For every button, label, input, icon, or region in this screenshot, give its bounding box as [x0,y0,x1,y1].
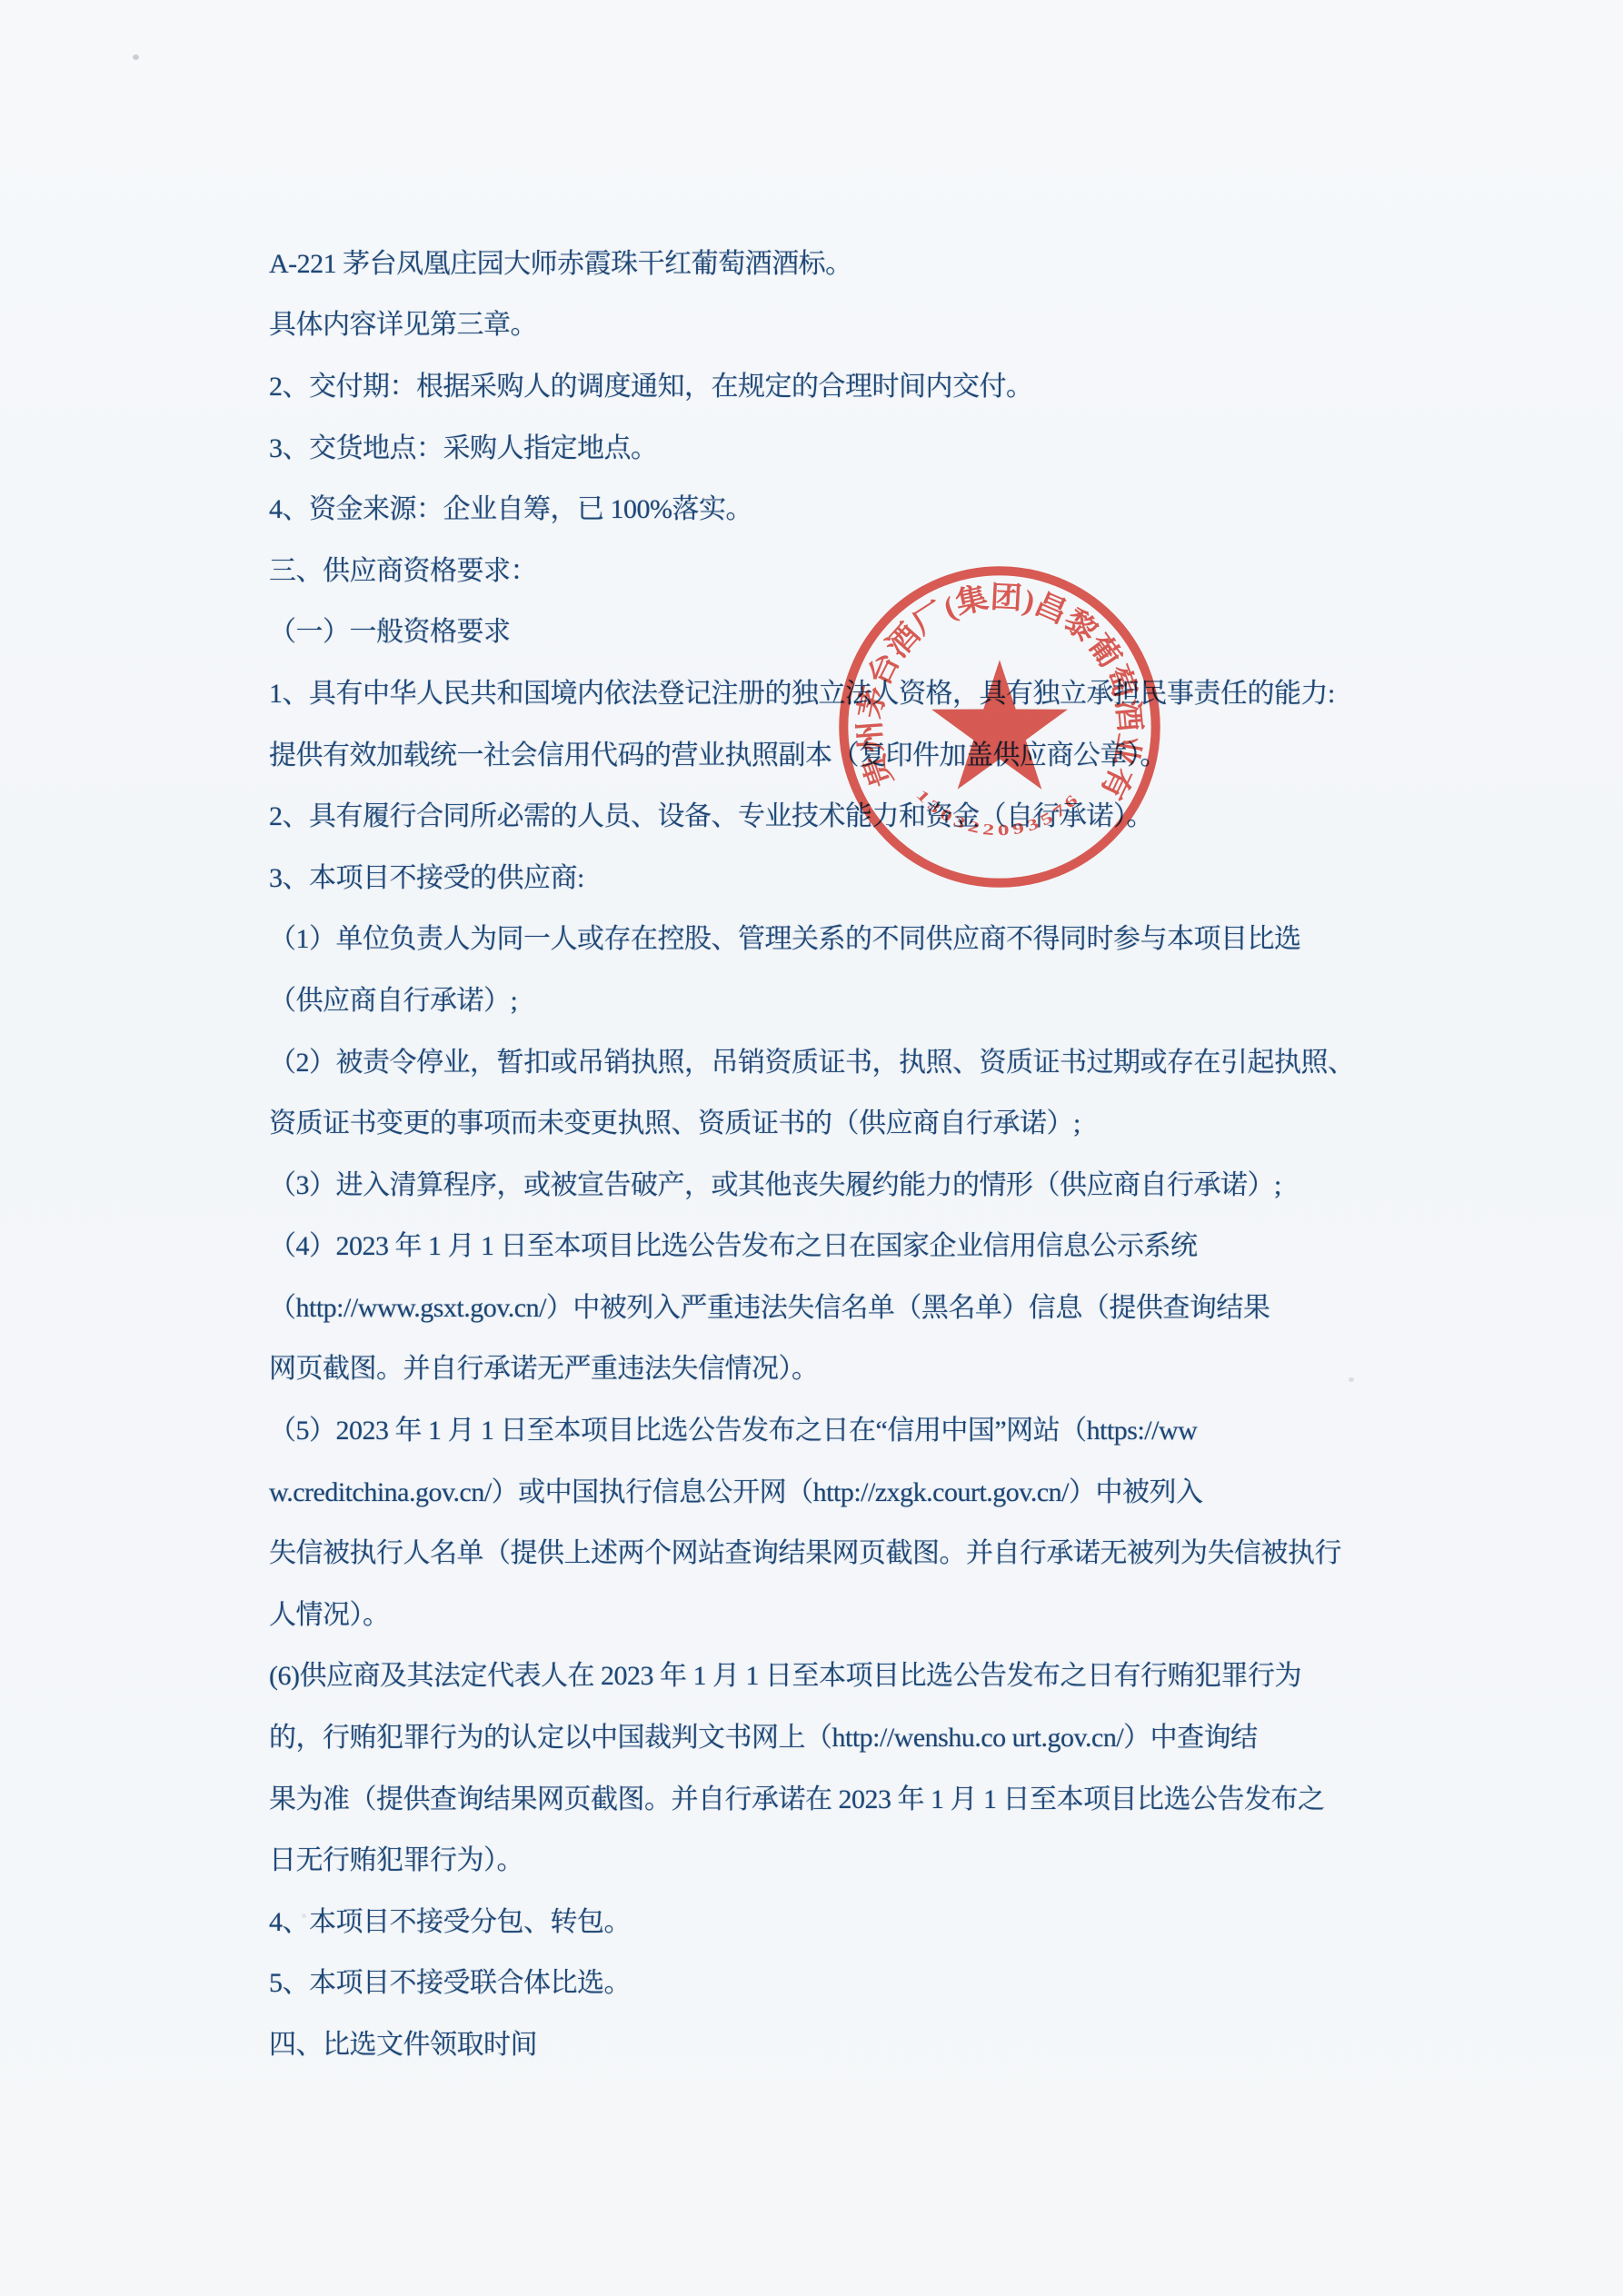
document-page: A-221 茅台凤凰庄园大师赤霞珠干红葡萄酒酒标。 具体内容详见第三章。 2、交… [0,0,1623,2296]
text-line: 3、交货地点：采购人指定地点。 [269,414,1523,476]
text-line: 人情况）。 [269,1581,1523,1643]
seal-star-icon [931,660,1068,790]
scan-speck [133,55,139,60]
text-line: （供应商自行承诺）; [269,967,1523,1029]
text-line: 果为准（提供查询结果网页截图。并自行承诺在 2023 年 1 月 1 日至本项目… [269,1765,1523,1827]
scan-speck [1349,1377,1354,1382]
text-line: 4、本项目不接受分包、转包。 [269,1888,1523,1950]
text-line: （5）2023 年 1 月 1 日至本项目比选公告发布之日在“信用中国”网站（h… [269,1396,1523,1458]
text-line: 4、资金来源：企业自筹，已 100%落实。 [269,475,1523,537]
text-line: （2）被责令停业，暂扣或吊销执照，吊销资质证书，执照、资质证书过期或存在引起执照… [269,1029,1523,1090]
text-line: w.creditchina.gov.cn/）或中国执行信息公开网（http://… [269,1458,1523,1520]
text-line: 2、交付期：根据采购人的调度通知，在规定的合理时间内交付。 [269,353,1523,414]
text-line: 5、本项目不接受联合体比选。 [269,1950,1523,2012]
text-line: （1）单位负责人为同一人或存在控股、管理关系的不同供应商不得同时参与本项目比选 [269,906,1523,968]
text-line: （4）2023 年 1 月 1 日至本项目比选公告发布之日在国家企业信用信息公示… [269,1213,1523,1275]
text-line: 日无行贿犯罪行为）。 [269,1826,1523,1888]
text-line: 失信被执行人名单（提供上述两个网站查询结果网页截图。并自行承诺无被列为失信被执行 [269,1519,1523,1581]
document-body: A-221 茅台凤凰庄园大师赤霞珠干红葡萄酒酒标。 具体内容详见第三章。 2、交… [269,230,1523,2072]
text-line: （3）进入清算程序，或被宣告破产，或其他丧失履约能力的情形（供应商自行承诺）; [269,1151,1523,1213]
seal-number: 130322093576 [913,786,1084,839]
text-line: A-221 茅台凤凰庄园大师赤霞珠干红葡萄酒酒标。 [269,230,1523,292]
text-line: 资质证书变更的事项而未变更执照、资质证书的（供应商自行承诺）; [269,1089,1523,1151]
text-line: 四、比选文件领取时间 [269,2011,1523,2072]
text-line: 具体内容详见第三章。 [269,292,1523,353]
scan-speck [302,1913,306,1918]
text-line: 网页截图。并自行承诺无严重违法失信情况）。 [269,1336,1523,1397]
text-line: (6)供应商及其法定代表人在 2023 年 1 月 1 日至本项目比选公告发布之… [269,1643,1523,1705]
company-seal: 贵州茅台酒厂(集团)昌黎葡萄酒业有限公司 130322093576 [816,543,1183,910]
seal-number-text: 130322093576 [913,786,1084,839]
text-line: 的，行贿犯罪行为的认定以中国裁判文书网上（http://wenshu.co ur… [269,1704,1523,1765]
text-line: （http://www.gsxt.gov.cn/）中被列入严重违法失信名单（黑名… [269,1274,1523,1336]
